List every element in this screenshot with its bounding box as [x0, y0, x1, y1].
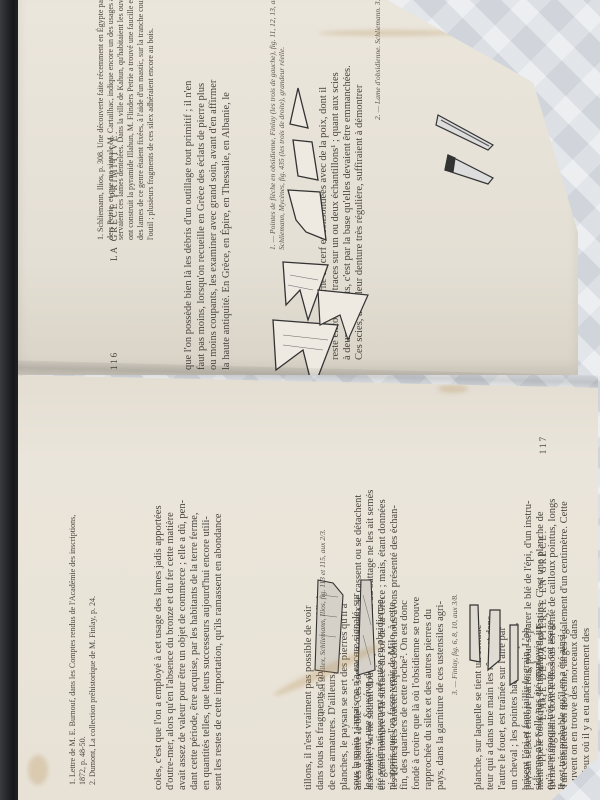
obsidian-blade-illustrations	[433, 110, 513, 190]
right-body-line: avait assez de valeur pour être un objet…	[177, 500, 189, 790]
blade-3-icon	[510, 625, 518, 685]
blade-2-icon	[488, 610, 500, 670]
figure-3-blades	[458, 600, 528, 730]
right-footnote: 1872, p. 48-50.	[78, 515, 88, 785]
right-body-line: Il est très probable qu'il en a été ains…	[557, 613, 569, 790]
flint-saw-2-icon	[358, 580, 375, 675]
right-body-line: qu'à une époque très récente, à cet usag…	[545, 613, 557, 790]
right-body-line: d'outre-mer, alors qu'en l'absence du br…	[165, 500, 177, 790]
left-body-line: des pointes de flèche, destinées à fendr…	[584, 0, 597, 80]
left-body-line: faut pas moins, lorsqu'on recueille en G…	[196, 80, 209, 370]
arrowhead-3-icon	[288, 190, 326, 240]
right-body-line: sidienne n'a-t-elle pas été employée, ju…	[533, 613, 545, 790]
left-page-lower-column: que l'on possède bien là les débris d'un…	[183, 80, 233, 370]
right-body-line: dant cette période, être acquise, par le…	[189, 500, 201, 790]
left-body-line: autres roches, des lames minces et trian…	[571, 0, 584, 80]
arrowhead-2-icon	[293, 140, 318, 180]
left-page-footnotes: 1. Schliemann, Ilios, p. 308. Une découv…	[96, 0, 156, 240]
left-body-line: la haute antiquité. En Grèce, en Épire, …	[221, 80, 234, 370]
left-footnote: des lames de ce genre étaient fixées, à …	[136, 0, 146, 240]
left-body-line: que l'on possède bien là les débris d'un…	[183, 80, 196, 370]
right-page-footnotes-block: 1. Lettre de M. E. Burnouf, dans les Com…	[68, 515, 98, 785]
figure-3-caption: 3. — Finlay, fig. 6, 8, 10, aux 3/8.	[450, 594, 459, 695]
arrowhead-1-icon	[290, 88, 308, 128]
left-page-body: pendant fig. 1), de même que du silex et…	[558, 0, 600, 80]
left-body-line: pendant fig. 1), de même que du silex et…	[558, 0, 571, 80]
right-body-line: souvent on en trouve des morceaux dans	[569, 613, 581, 790]
figure-4-flint-saws	[303, 575, 393, 705]
left-footnote: servaient ces lames dentelées. Dans la v…	[116, 0, 126, 240]
water-stain	[318, 30, 458, 36]
right-body-line: rapprochée du silex et des autres pierre…	[423, 592, 435, 790]
right-body-line: en quantités telles, que leurs successeu…	[201, 500, 213, 790]
right-page-number: 117	[538, 435, 549, 454]
right-body-line: fin, des quartiers de cette roche². On e…	[399, 592, 411, 790]
right-footnote: 1. Lettre de M. E. Burnouf, dans les Com…	[68, 515, 78, 785]
figure-4-caption: 4. — Scies de silex, Schliemann, Ilios, …	[318, 529, 327, 715]
right-footnote: 2. Dumont, La collection préhistorique d…	[88, 515, 98, 785]
left-footnote: ont construit la pyramide Illahun, M. Fl…	[126, 0, 136, 240]
left-page: 116 LA GRÈCE PRIMITIVE. pendant fig. 1),…	[18, 0, 578, 375]
right-body-line: pays, dans la garniture de ces ustensile…	[435, 592, 447, 790]
caption-line: 3. — Finlay, fig. 6, 8, 10, aux 3/8.	[450, 594, 459, 695]
right-body-line: fondé à croire que là où l'obsidienne se…	[411, 592, 423, 790]
left-footnote: 1. Schliemann, Ilios, p. 308. Une découv…	[96, 0, 106, 240]
caption-line: 4. — Scies de silex, Schliemann, Ilios, …	[318, 529, 327, 715]
open-book: 116 LA GRÈCE PRIMITIVE. pendant fig. 1),…	[18, 0, 600, 800]
left-footnote: ders Petrie, et que me signale M. Cartai…	[106, 0, 116, 240]
blade-1-icon	[470, 605, 480, 662]
right-body-line: sent les restes de cette importation, qu…	[213, 500, 225, 790]
right-body-line: les lieux où il y a eu anciennement des	[581, 613, 593, 790]
water-stain	[438, 385, 468, 393]
left-footnote: l'outil ; plusieurs fragments de ces sil…	[146, 0, 156, 240]
left-body-line: ou moins coupants, les examiner avec gra…	[208, 80, 221, 370]
right-page-bottom-lines: coles, c'est que l'on a employé à cet us…	[153, 500, 225, 790]
right-page: L'AGE DE LA PIERRE EN GRÈCE. 117 paysan …	[18, 375, 598, 800]
foxing-stain	[28, 755, 48, 785]
arrowhead-small-illustration	[308, 280, 388, 360]
right-body-line: coles, c'est que l'on a employé à cet us…	[153, 500, 165, 790]
